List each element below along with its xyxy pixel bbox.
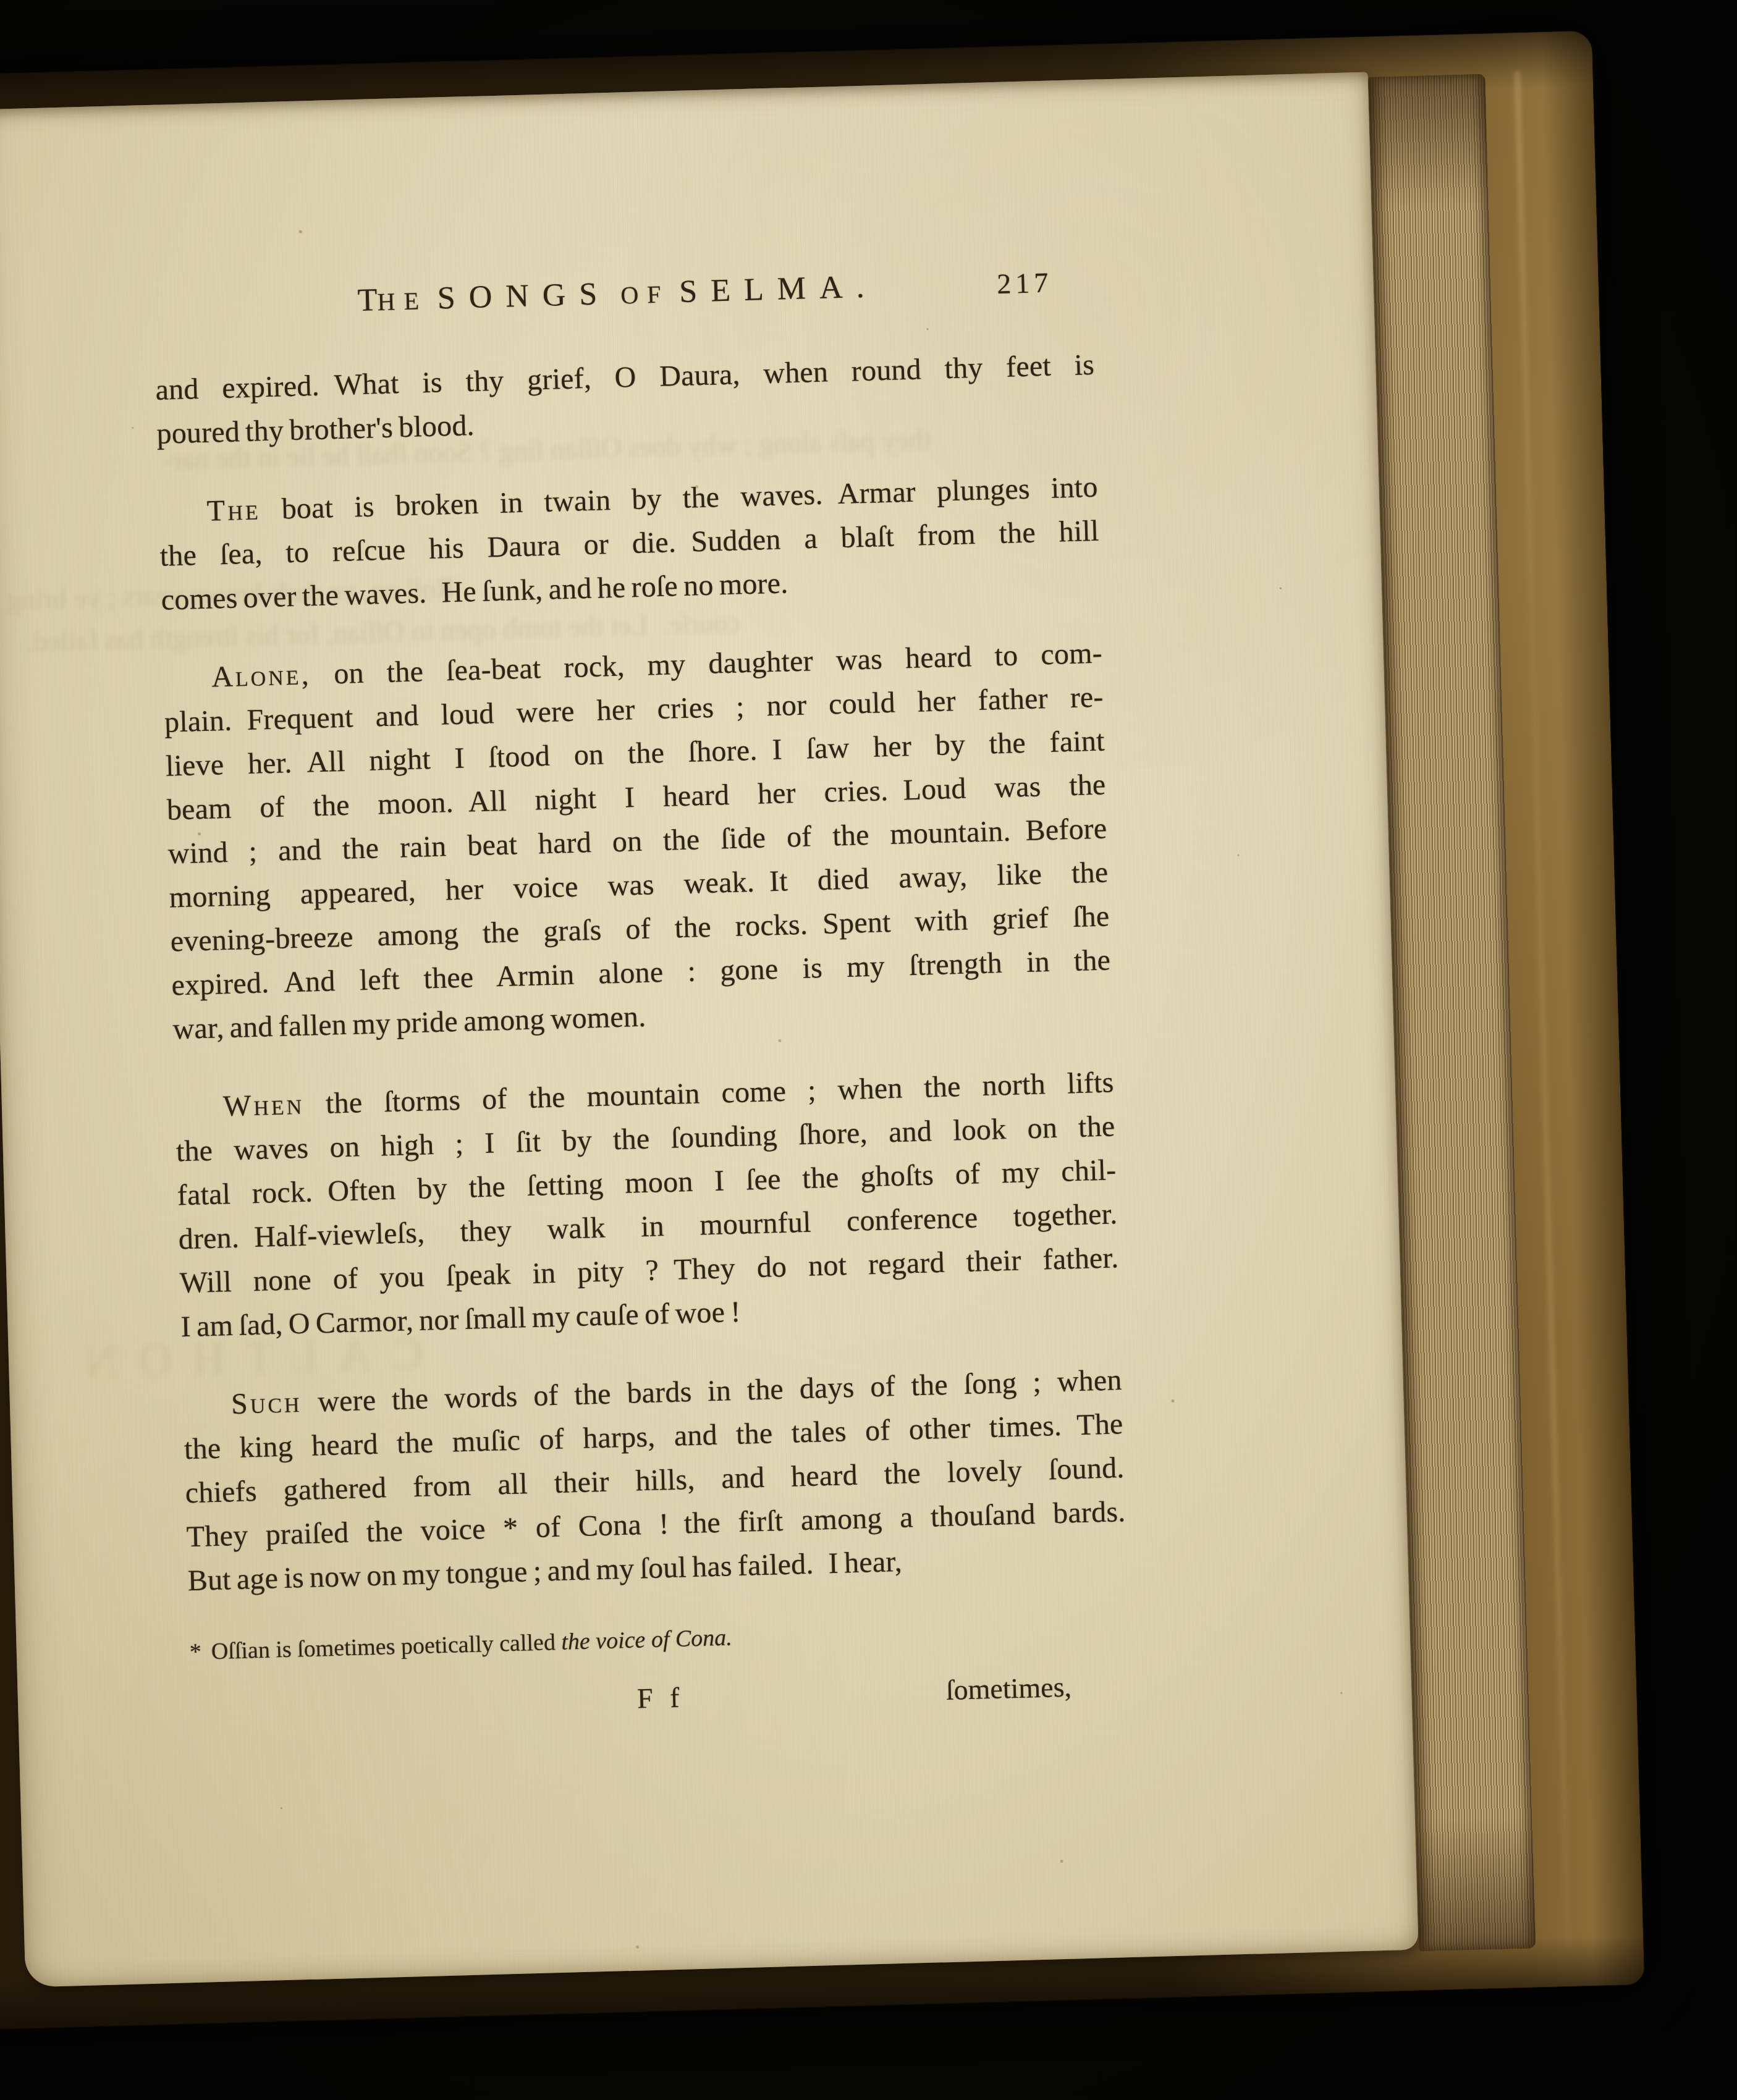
title-smallcaps-he: HE <box>377 287 428 316</box>
footnote-text: Oſſian is ſometimes poetically called <box>211 1629 562 1664</box>
catchword: ſometimes, <box>945 1671 1071 1706</box>
footnote: *Oſſian is ſometimes poetically called t… <box>189 1612 1129 1667</box>
paragraph: When the ſtorms of the mountain come ; w… <box>174 1060 1120 1349</box>
title-word-selma: SELMA. <box>679 269 879 310</box>
signature-row: F f ſometimes, <box>191 1669 1131 1731</box>
paragraph-lead-word: Such <box>230 1386 302 1420</box>
paragraph-lead-word: The <box>206 493 261 527</box>
book-page: they paſs along ; why does Oſſian ſing ?… <box>0 72 1419 1988</box>
footnote-italic-phrase: the voice of Cona. <box>561 1624 733 1655</box>
footnote-marker: * <box>189 1639 201 1665</box>
page-content: THESONGSOFSELMA. 217 and expired. What i… <box>0 72 1419 1988</box>
running-header: THESONGSOFSELMA. 217 <box>153 263 1092 329</box>
paragraph-lead-word: Alone, <box>211 658 311 693</box>
paragraph-lead-word: When <box>222 1088 305 1123</box>
text-block: and expired. What is thy grief, O Daura,… <box>155 343 1128 1603</box>
paragraph: and expired. What is thy grief, O Daura,… <box>155 343 1096 456</box>
title-smallcaps-of: OF <box>620 280 670 309</box>
photograph-background: they paſs along ; why does Oſſian ſing ?… <box>0 0 1737 2100</box>
title-word-songs: SONGS <box>437 276 611 316</box>
page-number: 217 <box>997 266 1053 300</box>
paragraph: Such were the words of the bards in the … <box>182 1358 1127 1603</box>
page-title: THESONGSOFSELMA. <box>153 263 1092 324</box>
paragraph: Alone, on the ſea-beat rock, my daughter… <box>163 631 1112 1052</box>
title-initial: T <box>357 282 378 318</box>
book: they paſs along ; why does Oſſian ſing ?… <box>0 30 1645 2030</box>
paragraph: The boat is broken in twain by the waves… <box>158 465 1101 622</box>
